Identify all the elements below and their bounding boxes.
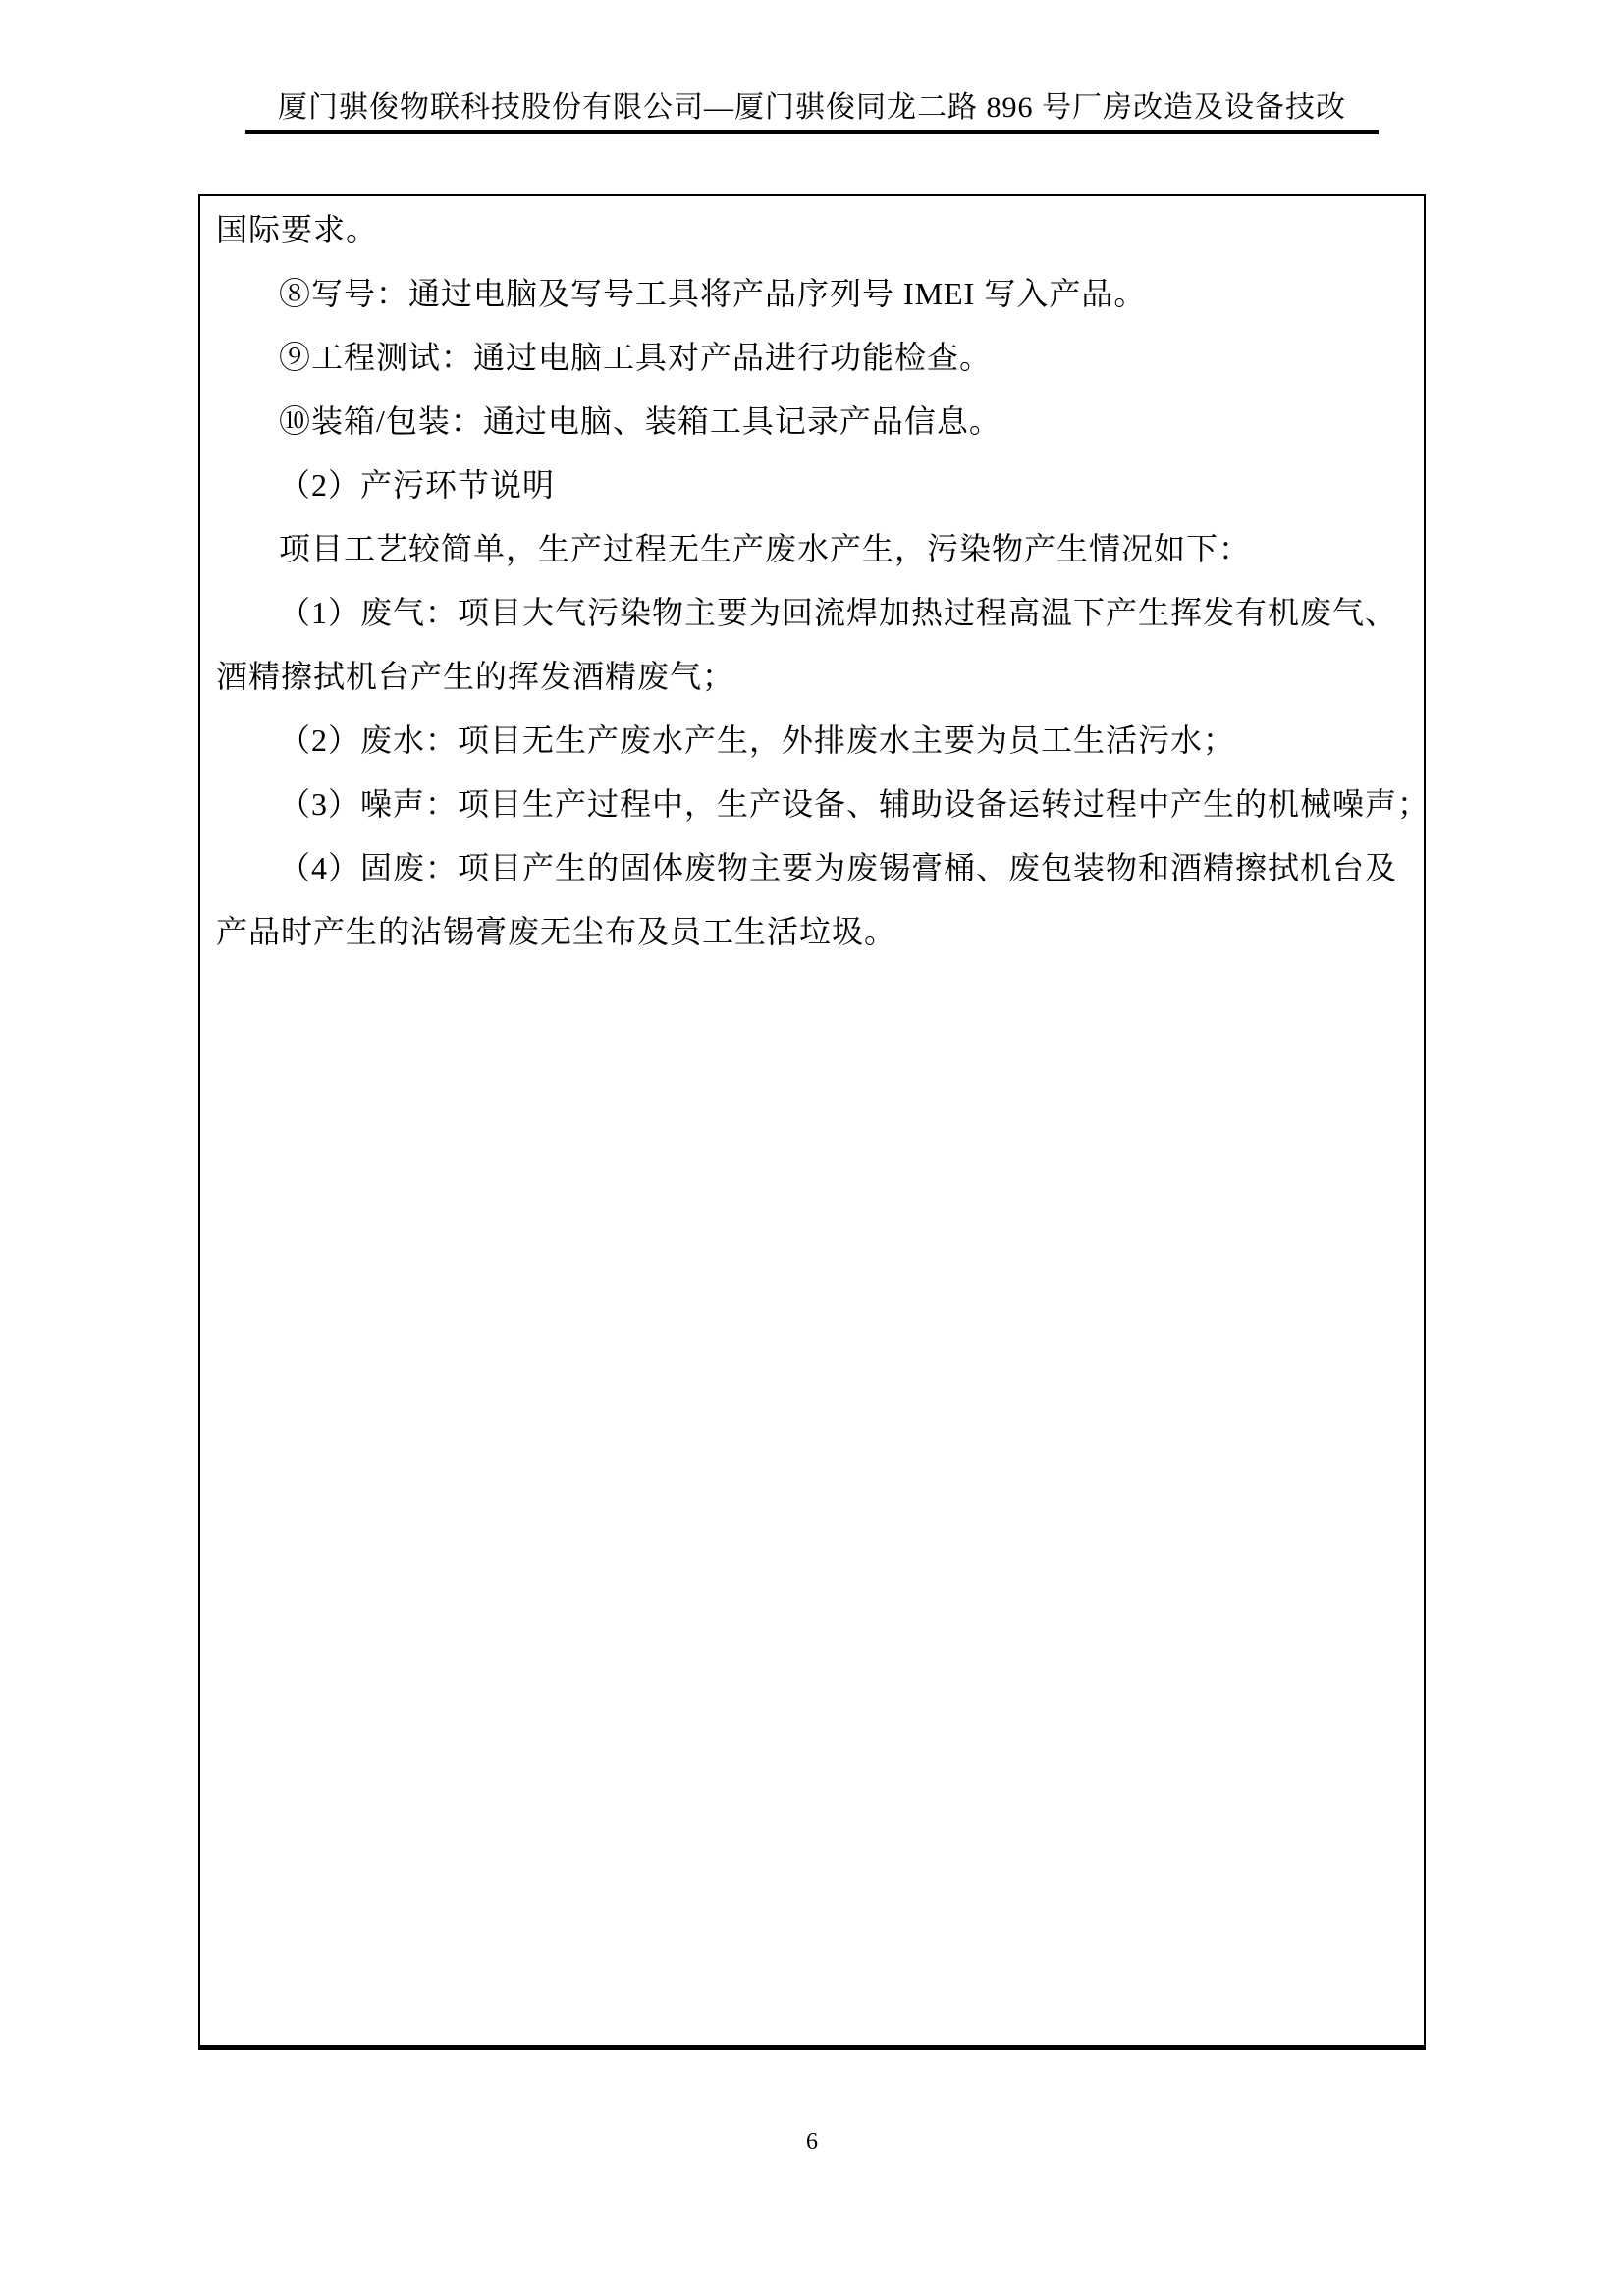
header-rule <box>245 130 1379 134</box>
text-line: （2）废水：项目无生产废水产生，外排废水主要为员工生活污水； <box>216 709 1410 773</box>
text-line: （2）产污环节说明 <box>216 454 1410 517</box>
text-line: （3）噪声：项目生产过程中，生产设备、辅助设备运转过程中产生的机械噪声； <box>216 773 1410 836</box>
text-line: 酒精擦拭机台产生的挥发酒精废气； <box>216 645 1410 709</box>
text-line: ⑨工程测试：通过电脑工具对产品进行功能检查。 <box>216 326 1410 390</box>
content-box: 国际要求。 ⑧写号：通过电脑及写号工具将产品序列号 IMEI 写入产品。 ⑨工程… <box>198 194 1426 2050</box>
page-number: 6 <box>0 2128 1624 2156</box>
text-lines: 国际要求。 ⑧写号：通过电脑及写号工具将产品序列号 IMEI 写入产品。 ⑨工程… <box>216 198 1410 964</box>
text-line: ⑧写号：通过电脑及写号工具将产品序列号 IMEI 写入产品。 <box>216 262 1410 326</box>
text-line: ⑩装箱/包装：通过电脑、装箱工具记录产品信息。 <box>216 390 1410 454</box>
text-line: 产品时产生的沾锡膏废无尘布及员工生活垃圾。 <box>216 900 1410 964</box>
text-line: 项目工艺较简单，生产过程无生产废水产生，污染物产生情况如下： <box>216 517 1410 581</box>
text-line: 国际要求。 <box>216 198 1410 262</box>
text-line: （4）固废：项目产生的固体废物主要为废锡膏桶、废包装物和酒精擦拭机台及 <box>216 836 1410 900</box>
document-page: 厦门骐俊物联科技股份有限公司—厦门骐俊同龙二路 896 号厂房改造及设备技改 国… <box>0 0 1624 2296</box>
text-line: （1）废气：项目大气污染物主要为回流焊加热过程高温下产生挥发有机废气、 <box>216 581 1410 645</box>
header-title: 厦门骐俊物联科技股份有限公司—厦门骐俊同龙二路 896 号厂房改造及设备技改 <box>0 88 1624 128</box>
